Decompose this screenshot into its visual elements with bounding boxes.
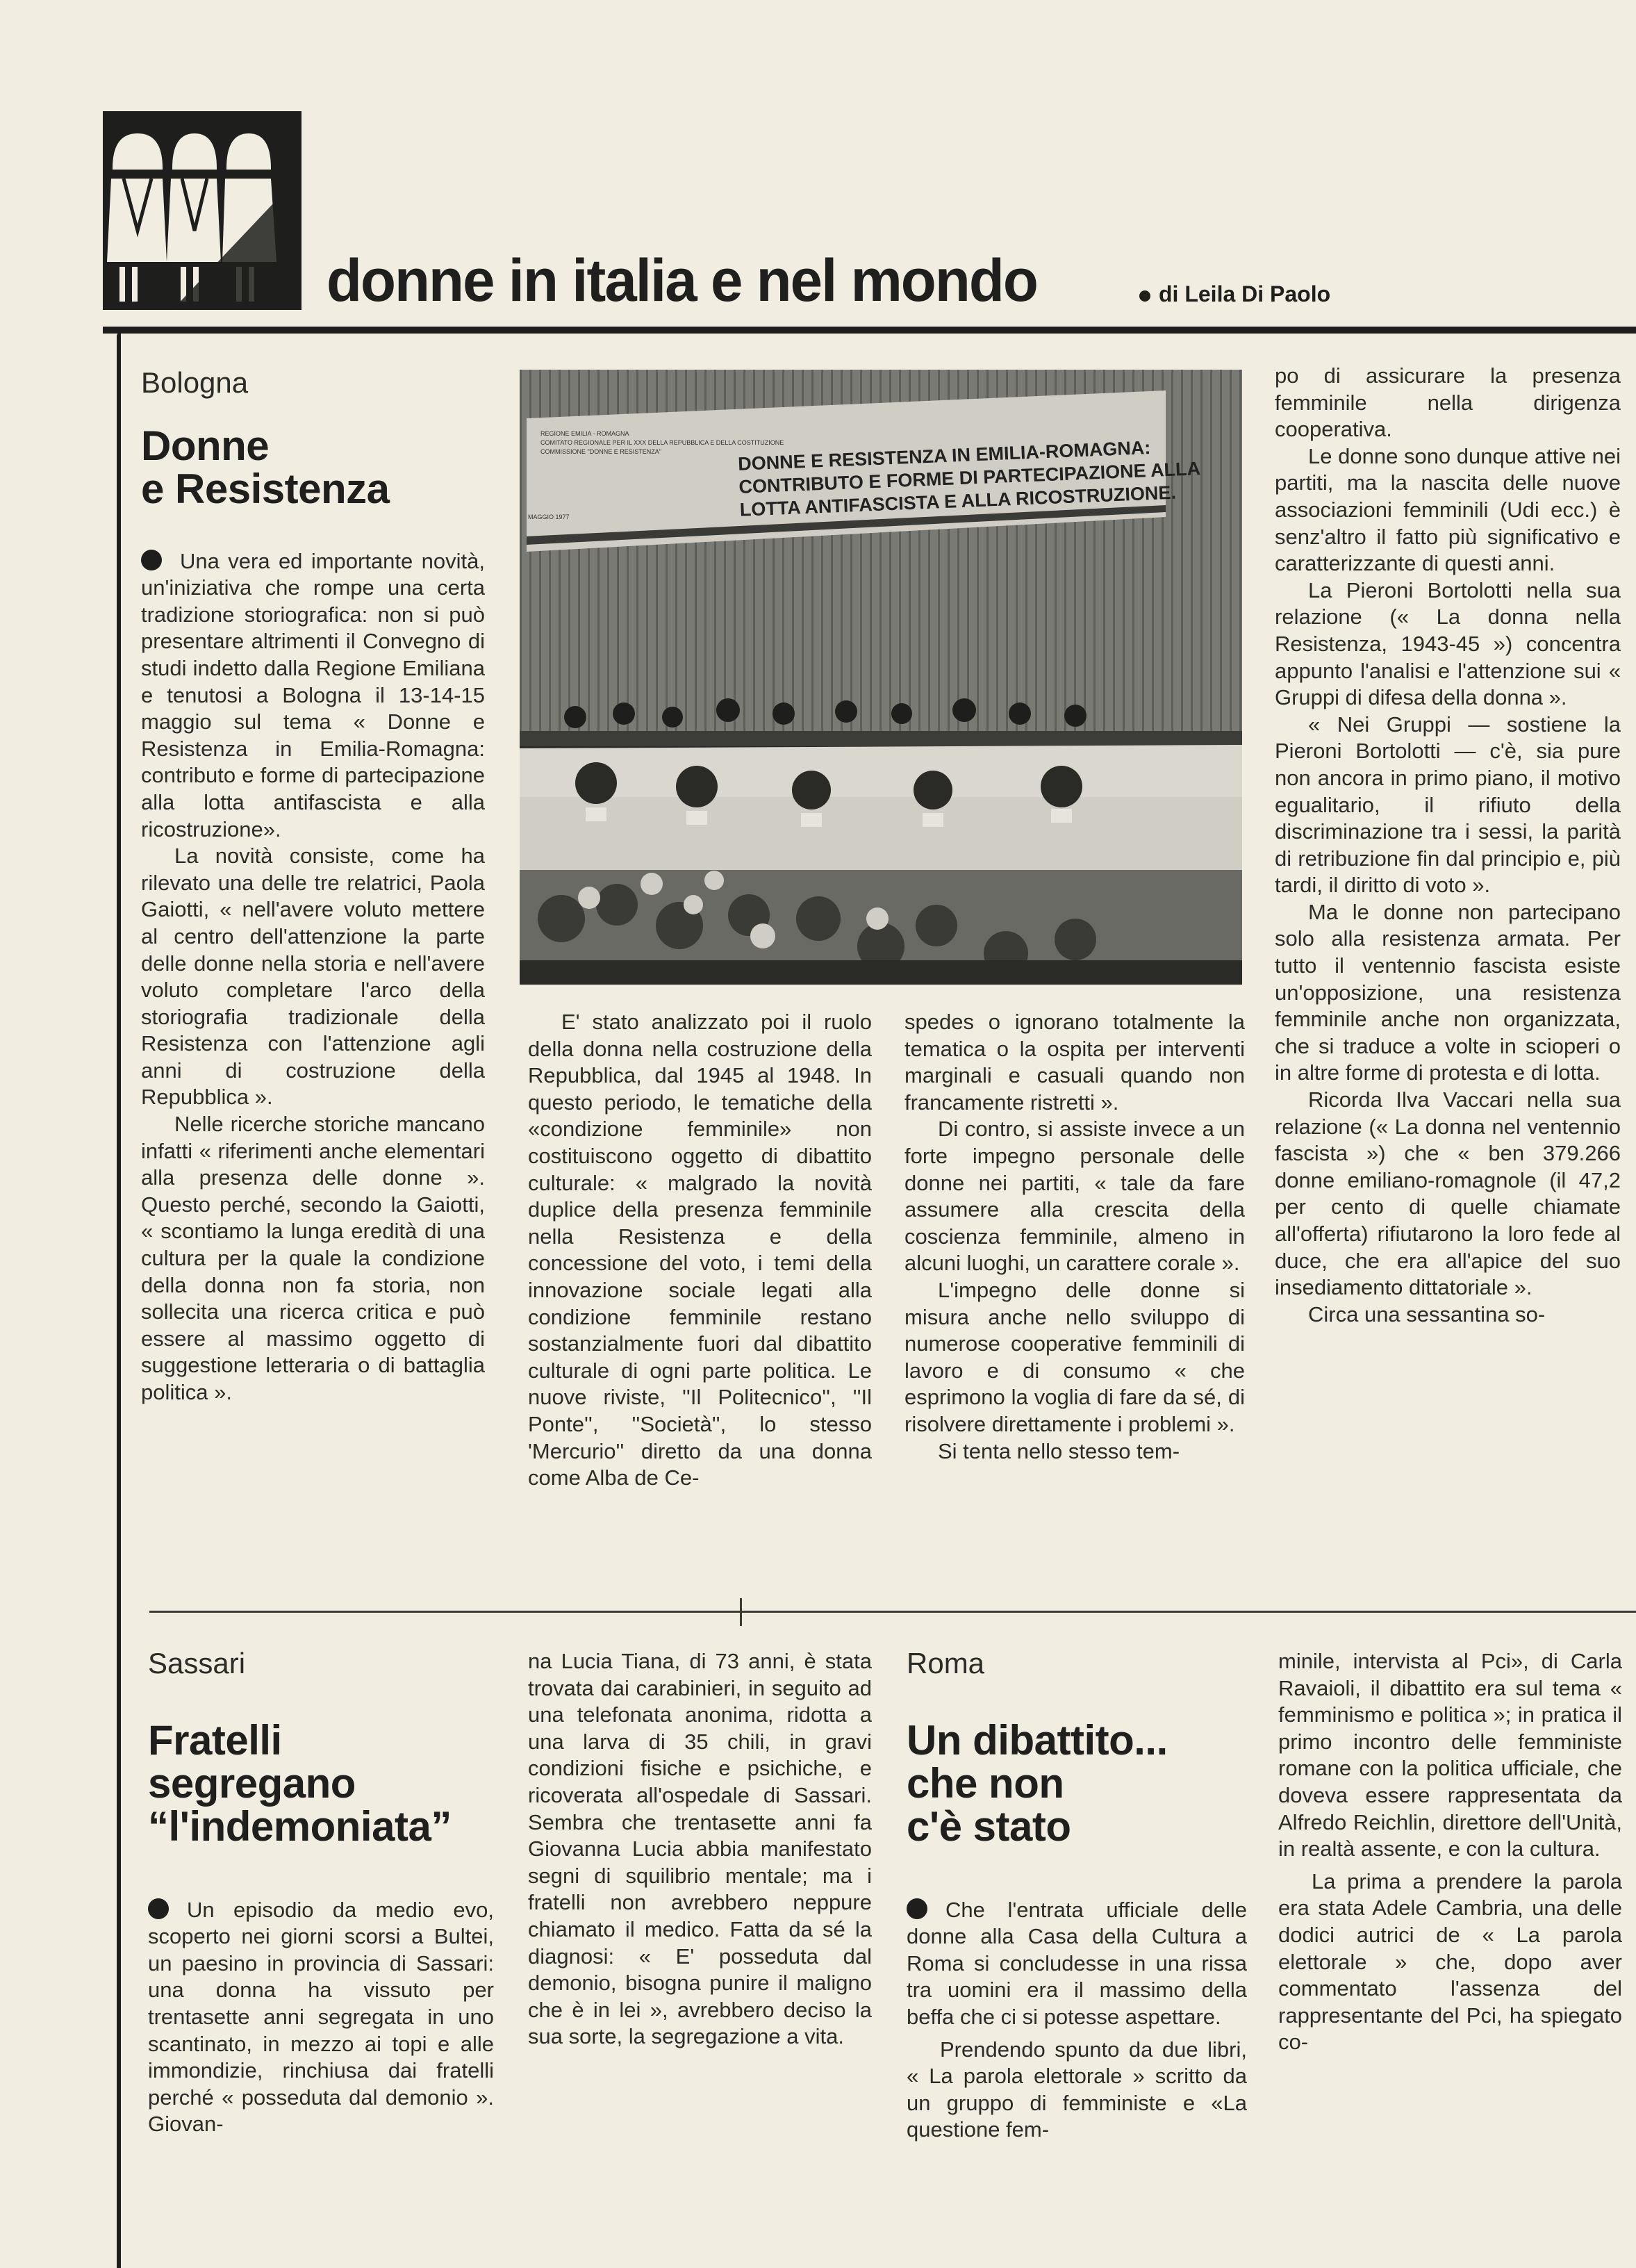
article-paragraph: Si tenta nello stesso tem-: [904, 1438, 1245, 1465]
header-rule: [103, 327, 1636, 334]
article-paragraph: Ma le donne non partecipano solo alla re…: [1275, 899, 1621, 1087]
article-roma-col1: Roma Un dibattito... che non c'è stato C…: [907, 1650, 1247, 2144]
divider-tick: [740, 1598, 742, 1626]
headline-line: e Resistenza: [141, 468, 485, 511]
banner-small-text: COMMISSIONE "DONNE E RESISTENZA": [540, 448, 661, 455]
article-headline: Fratelli segregano “l'indemoniata”: [148, 1719, 494, 1848]
article-paragraph: Prendendo spunto da due libri, « La paro…: [907, 2037, 1247, 2144]
author-name: di Leila Di Paolo: [1159, 281, 1330, 306]
article-bologna-col3: spedes o ignorano totalmente la tematica…: [904, 1009, 1245, 1465]
headline-line: Fratelli: [148, 1719, 494, 1762]
article-paragraph: Ricorda Ilva Vaccari nella sua relazione…: [1275, 1087, 1621, 1301]
bullet-icon: [148, 1898, 169, 1919]
section-title: donne in italia e nel mondo: [327, 247, 1037, 315]
section-logo: [103, 111, 301, 310]
bullet-icon: [1139, 290, 1150, 302]
article-paragraph: L'impegno delle donne si misura anche ne…: [904, 1277, 1245, 1438]
article-place: Sassari: [148, 1650, 494, 1677]
article-paragraph: minile, intervista al Pci», di Carla Rav…: [1278, 1648, 1622, 1863]
bullet-icon: [907, 1898, 927, 1919]
conference-photo: REGIONE EMILIA - ROMAGNA COMITATO REGION…: [520, 370, 1242, 985]
article-paragraph: Che l'entrata ufficiale delle donne alla…: [907, 1897, 1247, 2031]
article-headline: Un dibattito... che non c'è stato: [907, 1719, 1247, 1848]
article-sassari-col1: Sassari Fratelli segregano “l'indemoniat…: [148, 1650, 494, 2138]
headline-line: Donne: [141, 425, 485, 468]
headline-line: Un dibattito...: [907, 1719, 1247, 1762]
article-headline: Donne e Resistenza: [141, 425, 485, 511]
article-paragraph: La prima a prendere la parola era stata …: [1278, 1868, 1622, 2056]
headline-line: c'è stato: [907, 1805, 1247, 1848]
article-sassari-col2: na Lucia Tiana, di 73 anni, è stata trov…: [528, 1648, 872, 2051]
article-place: Roma: [907, 1650, 1247, 1677]
banner-small-text: COMITATO REGIONALE PER IL XXX DELLA REPU…: [540, 439, 784, 446]
article-paragraph: La novità consiste, come ha rilevato una…: [141, 843, 485, 1111]
article-paragraph: spedes o ignorano totalmente la tematica…: [904, 1009, 1245, 1116]
article-paragraph: Una vera ed importante novità, un'inizia…: [141, 548, 485, 844]
article-roma-col2: minile, intervista al Pci», di Carla Rav…: [1278, 1648, 1622, 2056]
banner-small-text: REGIONE EMILIA - ROMAGNA: [540, 430, 629, 437]
three-women-figures-icon: [104, 113, 300, 309]
article-paragraph: po di assicurare la presenza femminile n…: [1275, 363, 1621, 443]
article-paragraph: na Lucia Tiana, di 73 anni, è stata trov…: [528, 1648, 872, 2051]
article-bologna-col2: E' stato analizzato poi il ruolo della d…: [528, 1009, 872, 1492]
article-place: Bologna: [141, 370, 485, 397]
article-paragraph: Di contro, si assiste invece a un forte …: [904, 1116, 1245, 1277]
banner-date: MAGGIO 1977: [528, 513, 570, 520]
article-paragraph: Le donne sono dunque attive nei partiti,…: [1275, 443, 1621, 577]
article-bologna-col4: po di assicurare la presenza femminile n…: [1275, 363, 1621, 1328]
headline-line: che non: [907, 1762, 1247, 1805]
byline: di Leila Di Paolo: [1139, 281, 1330, 307]
section-divider: [149, 1611, 1636, 1613]
bullet-icon: [141, 550, 162, 570]
article-paragraph: « Nei Gruppi — sostiene la Pieroni Borto…: [1275, 712, 1621, 899]
headline-line: segregano: [148, 1762, 494, 1805]
article-paragraph: Un episodio da medio evo, scoperto nei g…: [148, 1897, 494, 2138]
article-paragraph: La Pieroni Bortolotti nella sua relazion…: [1275, 577, 1621, 712]
article-bologna-col1: Bologna Donne e Resistenza Una vera ed i…: [141, 370, 485, 1406]
left-border-rule: [117, 332, 121, 2268]
conference-hall-image: REGIONE EMILIA - ROMAGNA COMITATO REGION…: [520, 370, 1242, 985]
article-paragraph: Nelle ricerche storiche mancano infatti …: [141, 1111, 485, 1406]
headline-line: “l'indemoniata”: [148, 1805, 494, 1848]
article-paragraph: E' stato analizzato poi il ruolo della d…: [528, 1009, 872, 1492]
article-paragraph: Circa una sessantina so-: [1275, 1301, 1621, 1329]
